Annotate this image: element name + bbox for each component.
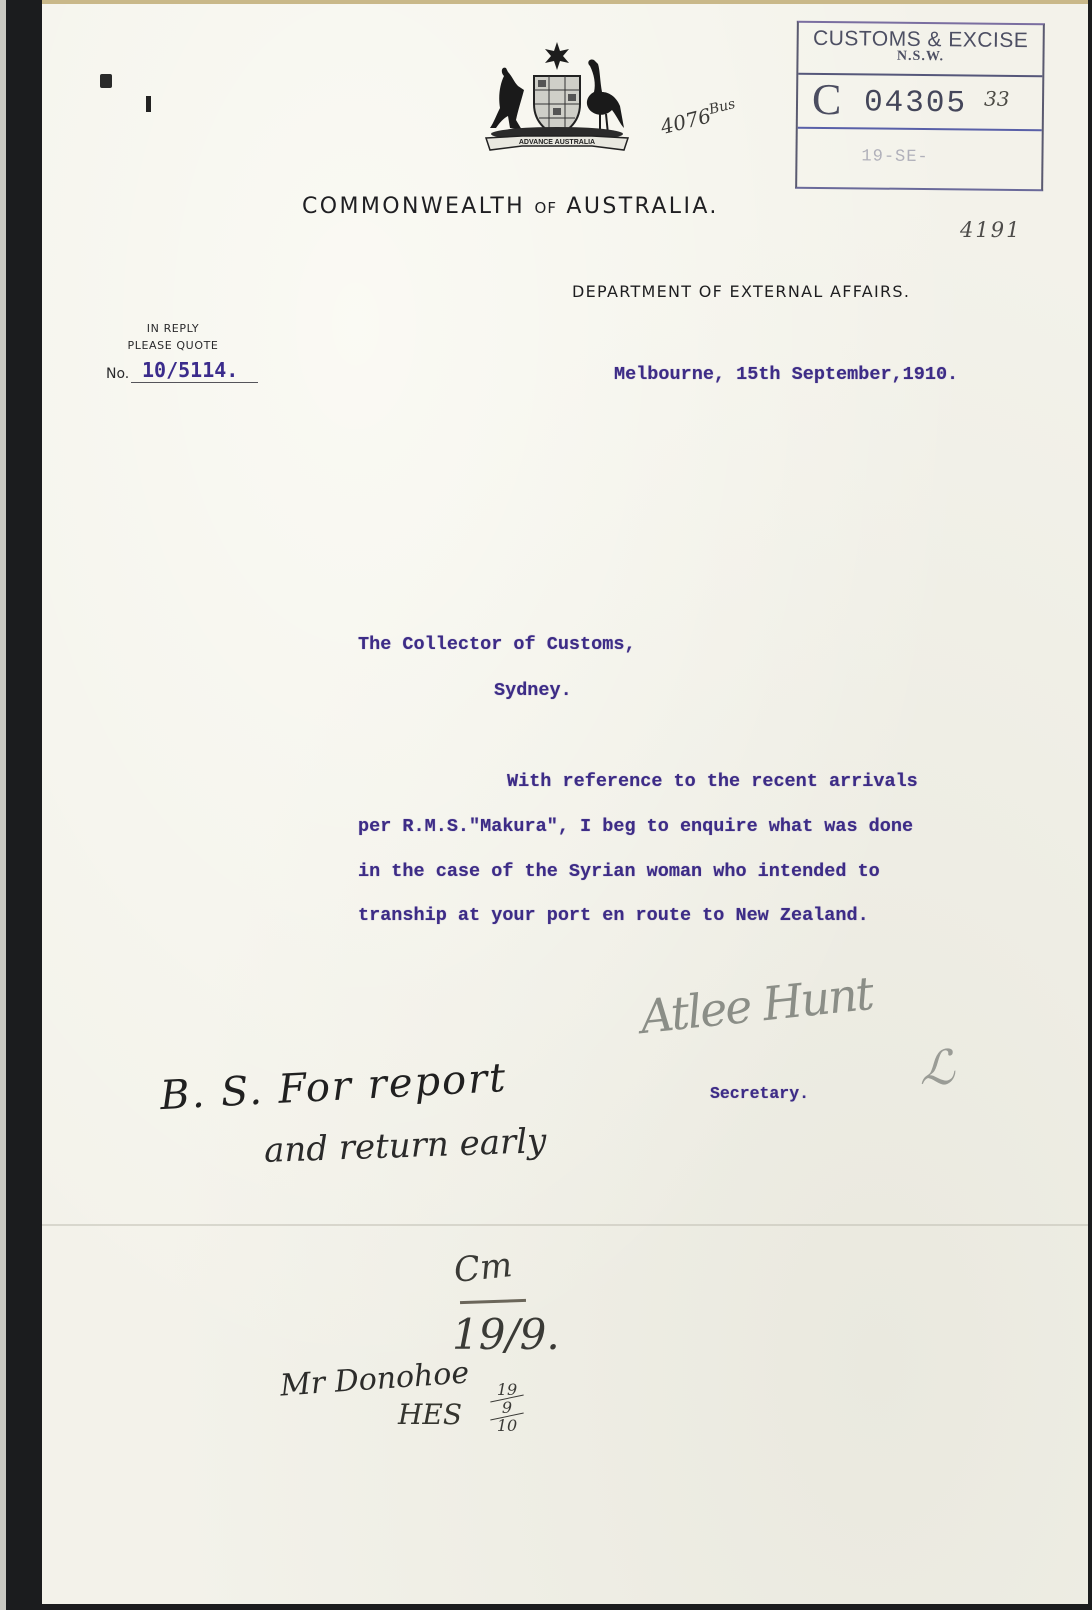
body-line: in the case of the Syrian woman who inte…	[358, 861, 880, 882]
reply-instruction: IN REPLY PLEASE QUOTE	[118, 320, 228, 354]
referral-initials: HES	[398, 1398, 462, 1431]
letterhead-title: COMMONWEALTH OF AUSTRALIA.	[302, 194, 719, 219]
signature-flourish: ℒ	[920, 1040, 955, 1096]
stamp-prefix: C	[812, 77, 842, 123]
stamp-header: CUSTOMS & EXCISE N.S.W.	[798, 23, 1043, 78]
letter-dateline: Melbourne, 15th September,1910.	[614, 364, 958, 385]
coat-of-arms-icon: ADVANCE AUSTRALIA	[482, 40, 632, 155]
minute-date: 19/9.	[452, 1310, 560, 1359]
addressee-line-2: Sydney.	[494, 680, 572, 701]
punch-hole-mark	[100, 74, 112, 88]
addressee-line-1: The Collector of Customs,	[358, 634, 636, 655]
customs-stamp: CUSTOMS & EXCISE N.S.W. C 04305 33 19-SE…	[795, 21, 1045, 192]
punch-hole-mark	[146, 96, 151, 112]
body-line: With reference to the recent arrivals	[507, 771, 918, 792]
reference-number-label: No.	[106, 366, 129, 382]
body-line: tranship at your port en route to New Ze…	[358, 905, 869, 926]
body-line: per R.M.S."Makura", I beg to enquire wha…	[358, 816, 913, 837]
stamp-number: 04305	[864, 85, 967, 121]
stamp-title: CUSTOMS & EXCISE	[799, 29, 1043, 52]
letter-page	[42, 4, 1088, 1604]
stamp-date: 19-SE-	[861, 147, 928, 167]
letterhead-title-of: OF	[535, 199, 557, 217]
signatory-title: Secretary.	[710, 1084, 809, 1103]
referral-date: 19 9 10	[490, 1382, 524, 1433]
letterhead-title-part2: AUSTRALIA.	[566, 194, 718, 219]
reference-number: 10/5114.	[131, 358, 258, 383]
referral-date-year: 10	[490, 1418, 524, 1433]
stamp-number-row: C 04305 33	[798, 75, 1043, 132]
department-name: DEPARTMENT OF EXTERNAL AFFAIRS.	[572, 282, 910, 301]
minute-initials: Cm	[452, 1245, 514, 1291]
reply-line-2: PLEASE QUOTE	[118, 337, 228, 354]
scan-edge	[0, 0, 6, 1610]
reply-line-1: IN REPLY	[118, 320, 228, 337]
stamp-handwritten-suffix: 33	[984, 87, 1010, 111]
letterhead-title-part1: COMMONWEALTH	[302, 194, 525, 219]
fold-line	[42, 1224, 1088, 1226]
file-number-annotation: 4191	[960, 218, 1021, 242]
svg-text:ADVANCE AUSTRALIA: ADVANCE AUSTRALIA	[519, 139, 595, 146]
